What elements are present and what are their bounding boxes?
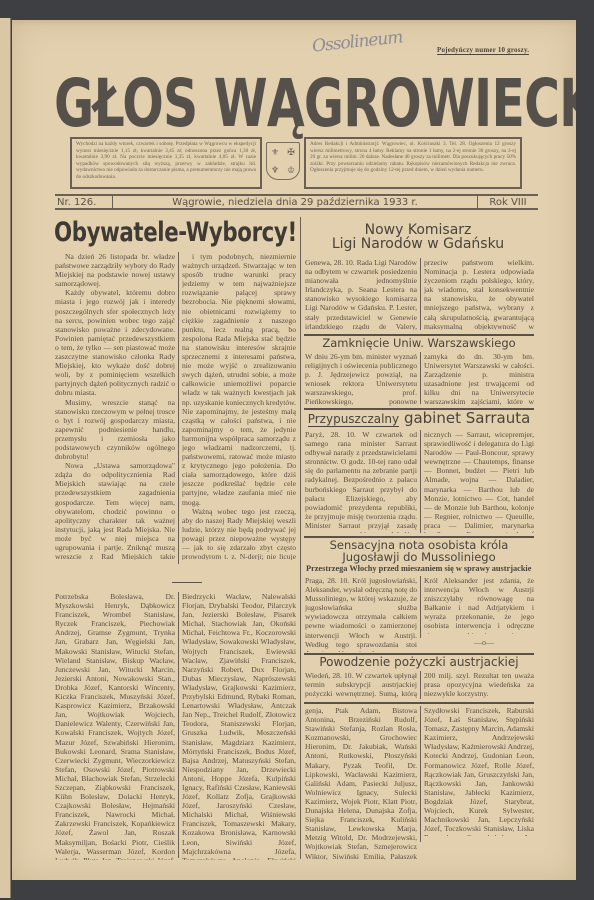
headline-line: Nowy Komisarz [304, 223, 532, 237]
issue-date: Wągrowie, niedziela dnia 29 października… [113, 196, 478, 208]
jugoslawja-col2: Król Aleksander jest zdania, że interwen… [424, 576, 534, 634]
signatories-col1: Potrzebska Bolesława, Dr. Myszkowski Hen… [55, 592, 175, 860]
main-article-col2: i tym podobnych, niezmiernie ważnych urz… [182, 252, 296, 560]
signatories-col3: genja, Ptak Adam, Bistowa Antonina, Brze… [305, 706, 417, 860]
column-divider [420, 576, 421, 638]
newspaper-page: Ossolineum Pojedyńczy numer 10 groszy. G… [12, 20, 576, 880]
masthead-title: GŁOS WĄGROWIECKI [54, 62, 557, 146]
library-signature: Ossolineum [311, 27, 403, 56]
crest-quarter: ✠ [283, 143, 299, 161]
signatories-col4: Szydłowski Franciszek, Raburski Józef, Ł… [424, 706, 534, 836]
komisarz-headline: Nowy Komisarz Ligi Narodów w Gdańsku [304, 223, 532, 251]
section-divider [304, 702, 534, 704]
dateline-bar: Nr. 126. Wągrowie, niedziela dnia 29 paź… [55, 194, 538, 210]
sarraut-col1: Paryż, 28. 10. W czwartek od samego rana… [305, 430, 417, 533]
komisarz-col2: przeciw państwom wielkim. Nominacja p. L… [424, 258, 534, 330]
page-column-divider [300, 217, 301, 859]
sarraut-headline: Przypuszczalny gabinet Sarrauta [304, 410, 534, 428]
paragraph: Ważną wobec tego jest rzeczą, aby do nas… [182, 507, 296, 560]
paragraph: Każdy obywatel, któremu dobro miasta i j… [55, 288, 175, 397]
main-article-col1: Na dzień 26 listopada br. władze państwo… [55, 252, 175, 560]
pozyczka-col1: Wiedeń, 28. 10. W czwartek upłynął termi… [305, 671, 417, 699]
headline-line: Ligi Narodów w Gdańsku [304, 237, 532, 251]
crest-quarter: ⚜ [267, 143, 283, 161]
column-divider [420, 430, 421, 533]
crest-quarter: ♔ [283, 161, 299, 179]
signatories-divider [172, 582, 202, 583]
adjacent-page-edge [0, 18, 11, 898]
signatories-col2: Biedrzycki Wacław, Nalewalski Florjan, D… [182, 592, 296, 860]
end-flourish: —o— [474, 638, 494, 647]
subscription-info-box: Wychodzi na każdy wtorek, czwartek i sob… [70, 137, 262, 189]
column-divider [420, 706, 421, 842]
paragraph: Na dzień 26 listopada br. władze państwo… [55, 252, 175, 288]
pozyczka-headline: Powodzenie pożyczki austrjackiej [304, 655, 534, 669]
pozyczka-col2: 200 milj. szyl. Rezultat ten uważa prasa… [424, 671, 534, 699]
volume-year: Rok VIII [478, 196, 538, 209]
editorial-address-box: Adres Redakcji i Administracji: Wągrowie… [304, 137, 522, 189]
jugoslawja-headline: Sensacyjna nota osobista króla Jugosławj… [304, 539, 534, 563]
paragraph: Nowa „Ustawa samorządowa" zdąża do odpol… [55, 461, 175, 560]
column-divider [178, 592, 179, 858]
headline-part: Przypuszczalny [308, 412, 399, 427]
coat-of-arms-icon: ⚜ ✠ ♆ ♔ [266, 142, 300, 180]
paragraph: Musimy, wreszcie stanąć na stanowisku rz… [55, 398, 175, 462]
uniwersytet-headline: Zamknięcie Uniw. Warszawskiego [304, 337, 534, 350]
headline-line: Jugosławji do Mussoliniego [304, 551, 534, 563]
column-divider [420, 258, 421, 330]
sarraut-col2: nicznych — Sarraut, wicepremjer, sprawie… [424, 430, 534, 533]
paragraph: i tym podobnych, niezmiernie ważnych urz… [182, 252, 296, 507]
headline-part: gabinet Sarrauta [404, 409, 530, 427]
column-divider [420, 352, 421, 404]
price-notice: Pojedyńczy numer 10 groszy. [437, 46, 529, 55]
jugoslawja-subheadline: Przestrzega Włochy przed mieszaniem się … [306, 564, 531, 573]
uniwersytet-col1: W dniu 26-ym bm. minister wyznań religij… [305, 352, 417, 406]
crest-quarter: ♆ [267, 161, 283, 179]
komisarz-col1: Genewa, 28. 10. Rada Ligi Narodów na odb… [305, 258, 417, 330]
jugoslawja-col1: Praga, 28. 10. Król jugosłowiański, Alek… [305, 576, 417, 652]
issue-number: Nr. 126. [55, 196, 113, 208]
column-divider [178, 252, 179, 564]
column-divider [420, 671, 421, 699]
main-headline: Obywatele-Wyborcy! [54, 217, 297, 248]
uniwersytet-col2: zamyka do dn. 30-ym bm. Uniwersytet Wars… [424, 352, 534, 406]
